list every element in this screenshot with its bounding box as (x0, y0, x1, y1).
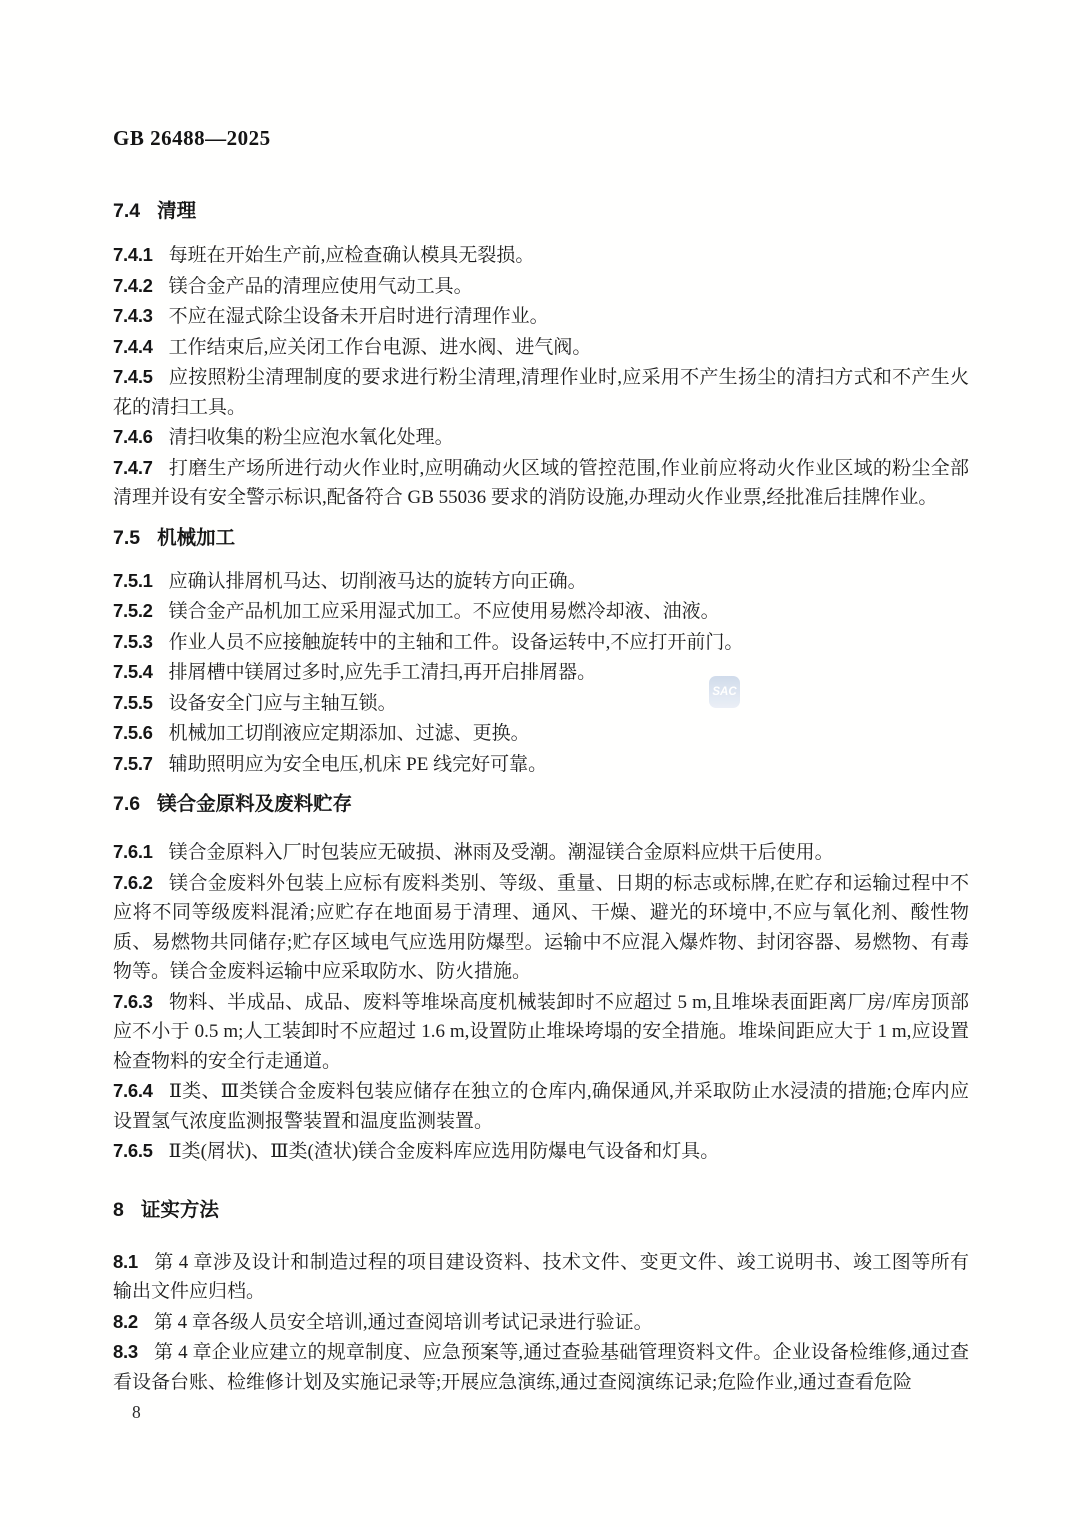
clause-number: 7.4.3 (113, 305, 153, 326)
clause-text: 物料、半成品、成品、废料等堆垛高度机械装卸时不应超过 5 m,且堆垛表面距离厂房… (113, 992, 969, 1072)
clause-7-5-7: 7.5.7辅助照明应为安全电压,机床 PE 线完好可靠。 (113, 749, 969, 780)
clause-number: 7.4.1 (113, 244, 153, 265)
clause-text: 镁合金产品机加工应采用湿式加工。不应使用易燃冷却液、油液。 (169, 601, 720, 622)
page-content: GB 26488—2025 7.4清理 7.4.1每班在开始生产前,应检查确认模… (113, 0, 969, 1397)
clause-text: 辅助照明应为安全电压,机床 PE 线完好可靠。 (169, 754, 547, 775)
clause-number: 7.6.4 (113, 1080, 153, 1101)
clause-8-3: 8.3第 4 章企业应建立的规章制度、应急预案等,通过查验基础管理资料文件。企业… (113, 1337, 969, 1397)
clause-text: 设备安全门应与主轴互锁。 (169, 693, 397, 714)
section-heading-7-6: 7.6镁合金原料及废料贮存 (113, 789, 969, 819)
clause-text: 第 4 章企业应建立的规章制度、应急预案等,通过查验基础管理资料文件。企业设备检… (113, 1342, 969, 1393)
clause-number: 8.2 (113, 1311, 138, 1332)
clause-7-4-1: 7.4.1每班在开始生产前,应检查确认模具无裂损。 (113, 240, 969, 271)
clause-text: 作业人员不应接触旋转中的主轴和工件。设备运转中,不应打开前门。 (169, 632, 744, 653)
section-title: 镁合金原料及废料贮存 (157, 793, 352, 815)
clause-7-5-3: 7.5.3作业人员不应接触旋转中的主轴和工件。设备运转中,不应打开前门。 (113, 627, 969, 658)
clause-number: 7.5.7 (113, 753, 153, 774)
clause-number: 7.5.3 (113, 631, 153, 652)
clause-7-5-6: 7.5.6机械加工切削液应定期添加、过滤、更换。 (113, 718, 969, 749)
clause-7-5-4: 7.5.4排屑槽中镁屑过多时,应先手工清扫,再开启排屑器。 (113, 657, 969, 688)
clause-text: 排屑槽中镁屑过多时,应先手工清扫,再开启排屑器。 (169, 662, 597, 683)
section-number: 8 (113, 1199, 124, 1221)
clause-7-5-2: 7.5.2镁合金产品机加工应采用湿式加工。不应使用易燃冷却液、油液。 (113, 596, 969, 627)
standard-number-header: GB 26488—2025 (113, 126, 969, 150)
clause-number: 7.4.7 (113, 457, 153, 478)
document-page: GB 26488—2025 7.4清理 7.4.1每班在开始生产前,应检查确认模… (0, 0, 1080, 1527)
clause-7-6-2: 7.6.2镁合金废料外包装上应标有废料类别、等级、重量、日期的标志或标牌,在贮存… (113, 868, 969, 987)
section-heading-7-5: 7.5机械加工 (113, 523, 969, 553)
clause-number: 7.4.5 (113, 366, 153, 387)
clause-text: 镁合金产品的清理应使用气动工具。 (169, 276, 473, 297)
sac-watermark-logo: SAC (709, 676, 740, 708)
clause-number: 7.6.2 (113, 872, 153, 893)
section-number: 7.6 (113, 793, 140, 815)
clause-text: 第 4 章各级人员安全培训,通过查阅培训考试记录进行验证。 (154, 1312, 653, 1333)
clause-number: 7.4.6 (113, 426, 153, 447)
clause-7-6-1: 7.6.1镁合金原料入厂时包装应无破损、淋雨及受潮。潮湿镁合金原料应烘干后使用。 (113, 837, 969, 868)
clause-number: 8.1 (113, 1251, 138, 1272)
clause-text: 镁合金废料外包装上应标有废料类别、等级、重量、日期的标志或标牌,在贮存和运输过程… (113, 873, 969, 983)
clause-7-4-5: 7.4.5应按照粉尘清理制度的要求进行粉尘清理,清理作业时,应采用不产生扬尘的清… (113, 362, 969, 422)
clause-7-4-4: 7.4.4工作结束后,应关闭工作台电源、进水阀、进气阀。 (113, 332, 969, 363)
clause-text: 清扫收集的粉尘应泡水氧化处理。 (169, 427, 454, 448)
clause-7-6-5: 7.6.5Ⅱ类(屑状)、Ⅲ类(渣状)镁合金废料库应选用防爆电气设备和灯具。 (113, 1136, 969, 1167)
clause-7-4-3: 7.4.3不应在湿式除尘设备未开启时进行清理作业。 (113, 301, 969, 332)
clause-text: 应确认排屑机马达、切削液马达的旋转方向正确。 (169, 571, 587, 592)
section-title: 清理 (157, 200, 196, 222)
section-title: 证实方法 (141, 1199, 219, 1221)
clause-8-1: 8.1第 4 章涉及设计和制造过程的项目建设资料、技术文件、变更文件、竣工说明书… (113, 1247, 969, 1307)
clause-text: Ⅱ类、Ⅲ类镁合金废料包装应储存在独立的仓库内,确保通风,并采取防止水浸渍的措施;… (113, 1081, 969, 1132)
clause-7-6-3: 7.6.3物料、半成品、成品、废料等堆垛高度机械装卸时不应超过 5 m,且堆垛表… (113, 987, 969, 1077)
clause-7-5-5: 7.5.5设备安全门应与主轴互锁。 (113, 688, 969, 719)
section-title: 机械加工 (157, 527, 235, 549)
section-number: 7.4 (113, 200, 140, 222)
clause-number: 7.6.3 (113, 991, 153, 1012)
clause-number: 7.6.1 (113, 841, 153, 862)
clause-text: 机械加工切削液应定期添加、过滤、更换。 (169, 723, 530, 744)
clause-text: 第 4 章涉及设计和制造过程的项目建设资料、技术文件、变更文件、竣工说明书、竣工… (113, 1252, 969, 1303)
clause-7-6-4: 7.6.4Ⅱ类、Ⅲ类镁合金废料包装应储存在独立的仓库内,确保通风,并采取防止水浸… (113, 1076, 969, 1136)
clause-number: 7.5.6 (113, 722, 153, 743)
clause-number: 7.4.4 (113, 336, 153, 357)
clause-text: 不应在湿式除尘设备未开启时进行清理作业。 (169, 306, 549, 327)
clause-number: 7.5.2 (113, 600, 153, 621)
section-heading-7-4: 7.4清理 (113, 196, 969, 226)
clause-text: 每班在开始生产前,应检查确认模具无裂损。 (169, 245, 535, 266)
clause-number: 7.5.5 (113, 692, 153, 713)
clause-text: 打磨生产场所进行动火作业时,应明确动火区域的管控范围,作业前应将动火作业区域的粉… (113, 458, 969, 509)
clause-text: 镁合金原料入厂时包装应无破损、淋雨及受潮。潮湿镁合金原料应烘干后使用。 (169, 842, 834, 863)
section-heading-8: 8证实方法 (113, 1195, 969, 1225)
clause-7-4-6: 7.4.6清扫收集的粉尘应泡水氧化处理。 (113, 422, 969, 453)
clause-text: 工作结束后,应关闭工作台电源、进水阀、进气阀。 (169, 337, 592, 358)
clause-8-2: 8.2第 4 章各级人员安全培训,通过查阅培训考试记录进行验证。 (113, 1307, 969, 1338)
clause-number: 7.6.5 (113, 1140, 153, 1161)
clause-text: 应按照粉尘清理制度的要求进行粉尘清理,清理作业时,应采用不产生扬尘的清扫方式和不… (113, 367, 969, 418)
clause-7-4-7: 7.4.7打磨生产场所进行动火作业时,应明确动火区域的管控范围,作业前应将动火作… (113, 453, 969, 513)
page-number: 8 (132, 1400, 141, 1424)
clause-number: 7.4.2 (113, 275, 153, 296)
clause-7-5-1: 7.5.1应确认排屑机马达、切削液马达的旋转方向正确。 (113, 566, 969, 597)
clause-number: 7.5.1 (113, 570, 153, 591)
clause-number: 8.3 (113, 1341, 138, 1362)
clause-7-4-2: 7.4.2镁合金产品的清理应使用气动工具。 (113, 271, 969, 302)
clause-number: 7.5.4 (113, 661, 153, 682)
section-number: 7.5 (113, 527, 140, 549)
clause-text: Ⅱ类(屑状)、Ⅲ类(渣状)镁合金废料库应选用防爆电气设备和灯具。 (169, 1141, 720, 1162)
